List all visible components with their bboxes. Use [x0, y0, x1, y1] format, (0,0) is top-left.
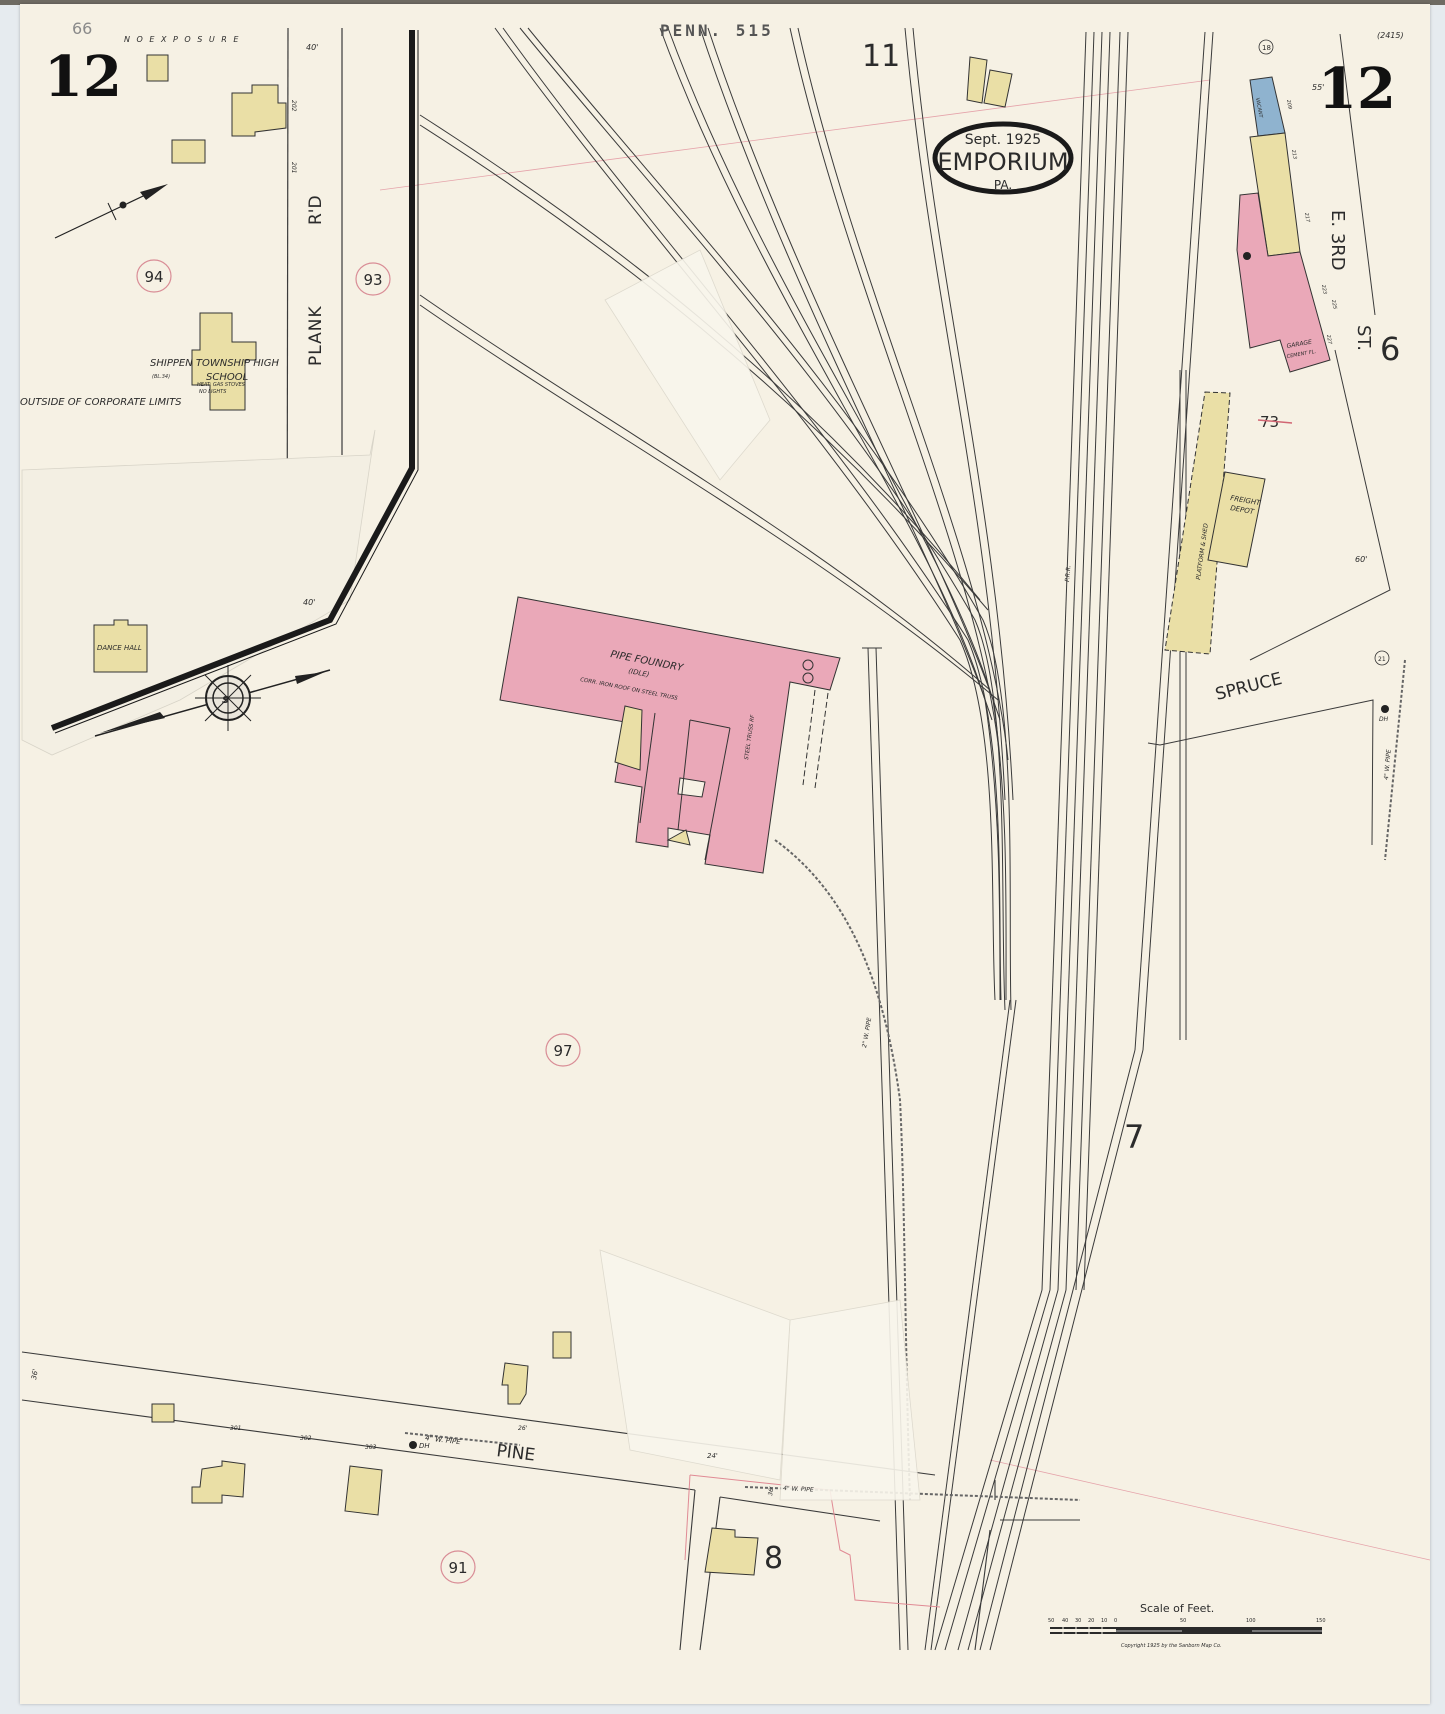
prr-label: P.R.R.: [1064, 565, 1072, 582]
sheet-number: 12: [44, 44, 122, 110]
cartouche-state: PA.: [994, 178, 1012, 192]
school-name: SHIPPEN TOWNSHIP HIGH: [150, 358, 279, 369]
address-301: 301: [230, 1425, 241, 1432]
dim-40-top: 40': [306, 43, 318, 52]
pipe-label-2w: 2" W. PIPE: [861, 1017, 873, 1048]
school-light: NO LIGHTS: [199, 389, 227, 395]
scale-title: Scale of Feet.: [1140, 1602, 1214, 1615]
building-dwelling-d: [232, 85, 286, 136]
dh-label-spruce: DH: [1379, 716, 1389, 723]
cartouche-date: Sept. 1925: [965, 132, 1041, 148]
sanborn-map: S: [0, 0, 1445, 1714]
outside-corporate-limits-note: OUTSIDE OF CORPORATE LIMITS: [20, 397, 182, 408]
address-217: 217: [1303, 212, 1311, 223]
street-label-spruce: SPRUCE: [1213, 669, 1284, 705]
address-209: 209: [1285, 99, 1293, 109]
street-label-pine: PINE: [495, 1441, 536, 1466]
property-line: [990, 1460, 1430, 1560]
school-blk: (BL.34): [152, 374, 170, 380]
address-227: 227: [1325, 334, 1333, 345]
building-pair-a: [967, 57, 987, 103]
scale-tick: 10: [1101, 1618, 1107, 1624]
dim-26: 26': [518, 1425, 528, 1432]
building-pipe-foundry: [500, 597, 840, 873]
dh-label: DH: [419, 1442, 430, 1450]
address-223: 223: [1320, 284, 1328, 294]
scale-tick: 100: [1246, 1618, 1256, 1624]
scale-tick: 50: [1180, 1618, 1186, 1624]
copyright-note: Copyright 1925 by the Sanborn Map Co.: [1121, 1643, 1222, 1649]
dh-marker-icon: [1381, 705, 1389, 713]
dh-marker-icon: [1243, 252, 1251, 260]
block-number-21: 21: [1378, 656, 1386, 663]
dim-36: 36': [30, 1368, 40, 1380]
pipe-label-spruce: 4" W. PIPE: [1383, 749, 1393, 780]
street-label-rd: R'D: [306, 195, 326, 225]
street-label-e3rd: E. 3RD: [1327, 210, 1348, 271]
scale-bar: [1050, 1627, 1322, 1634]
dim-60: 60': [1355, 555, 1367, 564]
scale-tick: 50: [1048, 1618, 1054, 1624]
building-vacant-store: [1250, 77, 1285, 136]
scale-tick: 30: [1075, 1618, 1081, 1624]
address-225: 225: [1330, 299, 1338, 309]
adjoining-sheet-7: 7: [1124, 1118, 1144, 1156]
building-pine-a: [152, 1404, 174, 1422]
address-303: 303: [365, 1444, 377, 1451]
building-pine-dwelling-d: [502, 1363, 528, 1404]
block-number-94: 94: [144, 268, 163, 286]
address-201: 201: [290, 162, 297, 173]
sheet-number-right: 12: [1318, 56, 1396, 122]
no-exposure-note: N O E X P O S U R E: [124, 35, 240, 44]
building-pair-b: [984, 70, 1012, 107]
address-302: 302: [300, 1435, 312, 1442]
address-202: 202: [290, 100, 297, 112]
scale-tick: 40: [1062, 1618, 1068, 1624]
pencil-note: 66: [72, 19, 92, 38]
street-label-st: ST.: [1353, 325, 1374, 351]
adjoining-sheet-11: 11: [862, 39, 900, 74]
dance-hall-label: DANCE HALL: [97, 644, 142, 652]
building-pine-dwelling-1: [192, 1461, 245, 1503]
building-sheet8-dwelling: [705, 1528, 758, 1575]
dh-marker-icon: [409, 1441, 417, 1449]
scale-tick: 150: [1316, 1618, 1326, 1624]
faded-paste-over: [600, 250, 920, 1500]
penn-code: PENN. 515: [660, 21, 774, 40]
school-heat: HEAT: GAS STOVES: [197, 382, 246, 388]
spruce-south-line: [1148, 700, 1373, 845]
north-arrow-icon: [55, 184, 168, 238]
circled-ref-18: 18: [1262, 44, 1271, 52]
dim-24: 24': [707, 1452, 718, 1460]
property-line: [380, 80, 1210, 190]
dim-36-east: 36': [767, 1486, 776, 1497]
scale-tick: 0: [1114, 1618, 1117, 1624]
block-73-outline: [1250, 350, 1390, 660]
cartouche-city: EMPORIUM: [937, 148, 1068, 176]
engine-shed-dashed: [803, 690, 828, 788]
corner-ref: (2415): [1377, 31, 1404, 40]
street-label-plank: PLANK: [306, 305, 326, 366]
svg-text:S: S: [222, 695, 229, 706]
block-number-97: 97: [553, 1042, 572, 1060]
dim-40-bottom: 40': [303, 598, 315, 607]
block-number-93: 93: [363, 271, 382, 289]
building-pine-shed: [553, 1332, 571, 1358]
building-auto-shed: [147, 55, 168, 81]
block-number-91: 91: [448, 1559, 467, 1577]
address-213: 213: [1290, 149, 1298, 159]
adjoining-sheet-6: 6: [1380, 330, 1400, 368]
building-pine-dwelling-303: [345, 1466, 382, 1515]
building-outbuilding: [172, 140, 205, 163]
scale-tick: 20: [1088, 1618, 1094, 1624]
adjoining-sheet-8: 8: [764, 1541, 783, 1576]
pipe-label-pine: 4" W. PIPE: [425, 1434, 462, 1446]
dim-55: 55': [1312, 83, 1324, 92]
